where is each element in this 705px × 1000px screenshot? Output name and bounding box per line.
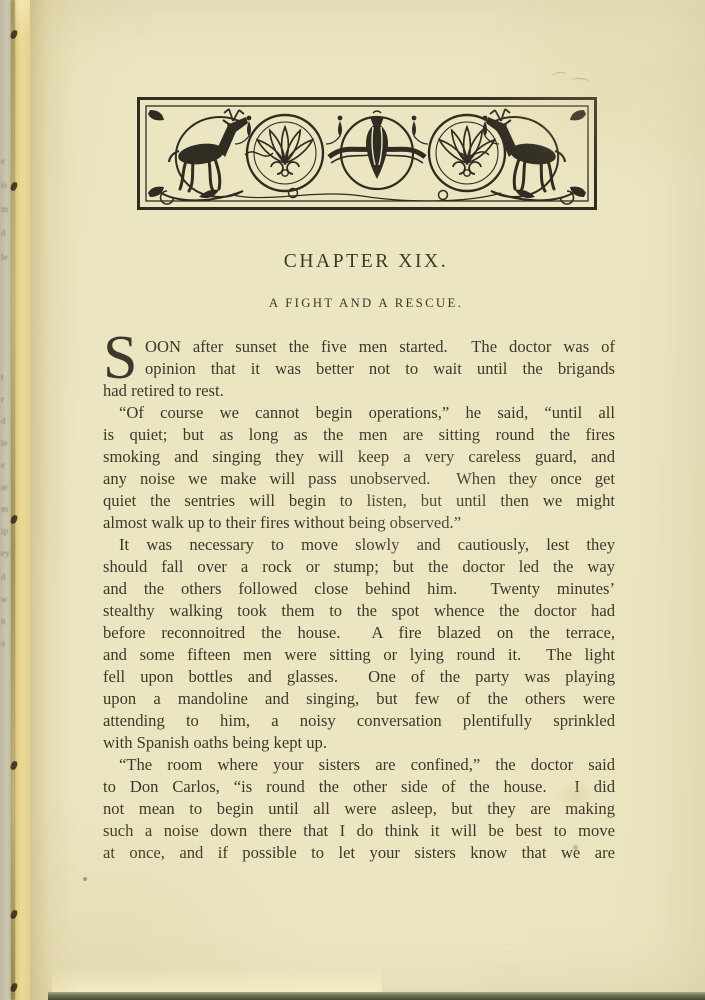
stag-right-icon bbox=[486, 109, 574, 204]
showthrough-letter: m bbox=[1, 504, 8, 514]
text-line: such a noise down there that I do think … bbox=[103, 820, 615, 842]
text-line: is quiet; but as long as the men are sit… bbox=[103, 424, 615, 446]
text-line: quiet the sentries will begin to listen,… bbox=[103, 490, 615, 512]
showthrough-letter: w bbox=[1, 594, 8, 604]
text-line: almost walk up to their fires without be… bbox=[103, 512, 615, 534]
page-bottom-edge bbox=[48, 992, 705, 1000]
pencil-mark bbox=[571, 77, 591, 87]
showthrough-letter: is bbox=[1, 180, 7, 190]
binding-crease bbox=[11, 0, 15, 1000]
showthrough-letter: d bbox=[1, 572, 6, 582]
pencil-mark bbox=[552, 71, 568, 80]
showthrough-letter: le bbox=[1, 252, 8, 262]
showthrough-letter: ey bbox=[1, 548, 10, 558]
showthrough-letter: a bbox=[1, 638, 5, 648]
showthrough-letter: e bbox=[1, 460, 5, 470]
paragraph: “Of course we cannot begin operations,” … bbox=[103, 402, 615, 534]
drop-cap: S bbox=[103, 336, 139, 380]
showthrough-letter: t bbox=[1, 372, 4, 382]
showthrough-letter: e bbox=[1, 156, 5, 166]
gutter-shadow bbox=[30, 0, 78, 1000]
showthrough-letter: r bbox=[1, 394, 4, 404]
showthrough-letter: d bbox=[1, 416, 6, 426]
paragraph: SOON after sunset the five men started. … bbox=[103, 336, 615, 402]
text-line: “The room where your sisters are confine… bbox=[103, 754, 615, 776]
book-page: eismdletrdleearmipeydwna bbox=[0, 0, 705, 1000]
scroll-medallion-right bbox=[429, 115, 505, 191]
text-line: upon a mandoline and singing, but few of… bbox=[103, 688, 615, 710]
paragraph: “The room where your sisters are confine… bbox=[103, 754, 615, 864]
text-line: smoking and singing they will keep a ver… bbox=[103, 446, 615, 468]
paragraph: It was necessary to move slowly and caut… bbox=[103, 534, 615, 754]
text-line: with Spanish oaths being kept up. bbox=[103, 732, 615, 754]
text-line: to Don Carlos, “is round the other side … bbox=[103, 776, 615, 798]
gutter-highlight bbox=[14, 0, 30, 1000]
showthrough-letter: n bbox=[1, 616, 6, 626]
text-line: and the others followed close behind him… bbox=[103, 578, 615, 600]
text-line: any noise we make will pass unobserved. … bbox=[103, 468, 615, 490]
showthrough-letter: ar bbox=[1, 482, 8, 492]
body-text: SOON after sunset the five men started. … bbox=[103, 336, 615, 864]
text-line: not mean to begin until all were asleep,… bbox=[103, 798, 615, 820]
showthrough-letter: m bbox=[1, 204, 8, 214]
text-line: at once, and if possible to let your sis… bbox=[103, 842, 615, 864]
section-title: A FIGHT AND A RESCUE. bbox=[103, 296, 615, 311]
text-line: before reconnoitred the house. A fire bl… bbox=[103, 622, 615, 644]
ink-fleck bbox=[573, 845, 578, 850]
text-line: opinion that it was better not to wait u… bbox=[103, 358, 615, 380]
text-line: fell upon bottles and glasses. One of th… bbox=[103, 666, 615, 688]
text-line: “Of course we cannot begin operations,” … bbox=[103, 402, 615, 424]
header-ornament-engraving bbox=[137, 97, 597, 210]
showthrough-letter: d bbox=[1, 228, 6, 238]
text-line: attending to him, a noisy conversation p… bbox=[103, 710, 615, 732]
text-line: had retired to rest. bbox=[103, 380, 615, 402]
text-line: and some fifteen men were sitting or lyi… bbox=[103, 644, 615, 666]
showthrough-letter: le bbox=[1, 438, 8, 448]
chapter-heading: CHAPTER XIX. bbox=[103, 251, 615, 273]
stag-left-icon bbox=[161, 109, 249, 204]
text-line: It was necessary to move slowly and caut… bbox=[103, 534, 615, 556]
central-crest bbox=[329, 111, 425, 189]
ink-fleck bbox=[83, 877, 87, 881]
text-line: should fall over a rock or stump; but th… bbox=[103, 556, 615, 578]
text-line: OON after sunset the five men started. T… bbox=[103, 336, 615, 358]
page-bottom-sheen bbox=[52, 966, 382, 992]
text-line: stealthy walking took them to the spot w… bbox=[103, 600, 615, 622]
showthrough-letter: ip bbox=[1, 526, 8, 536]
